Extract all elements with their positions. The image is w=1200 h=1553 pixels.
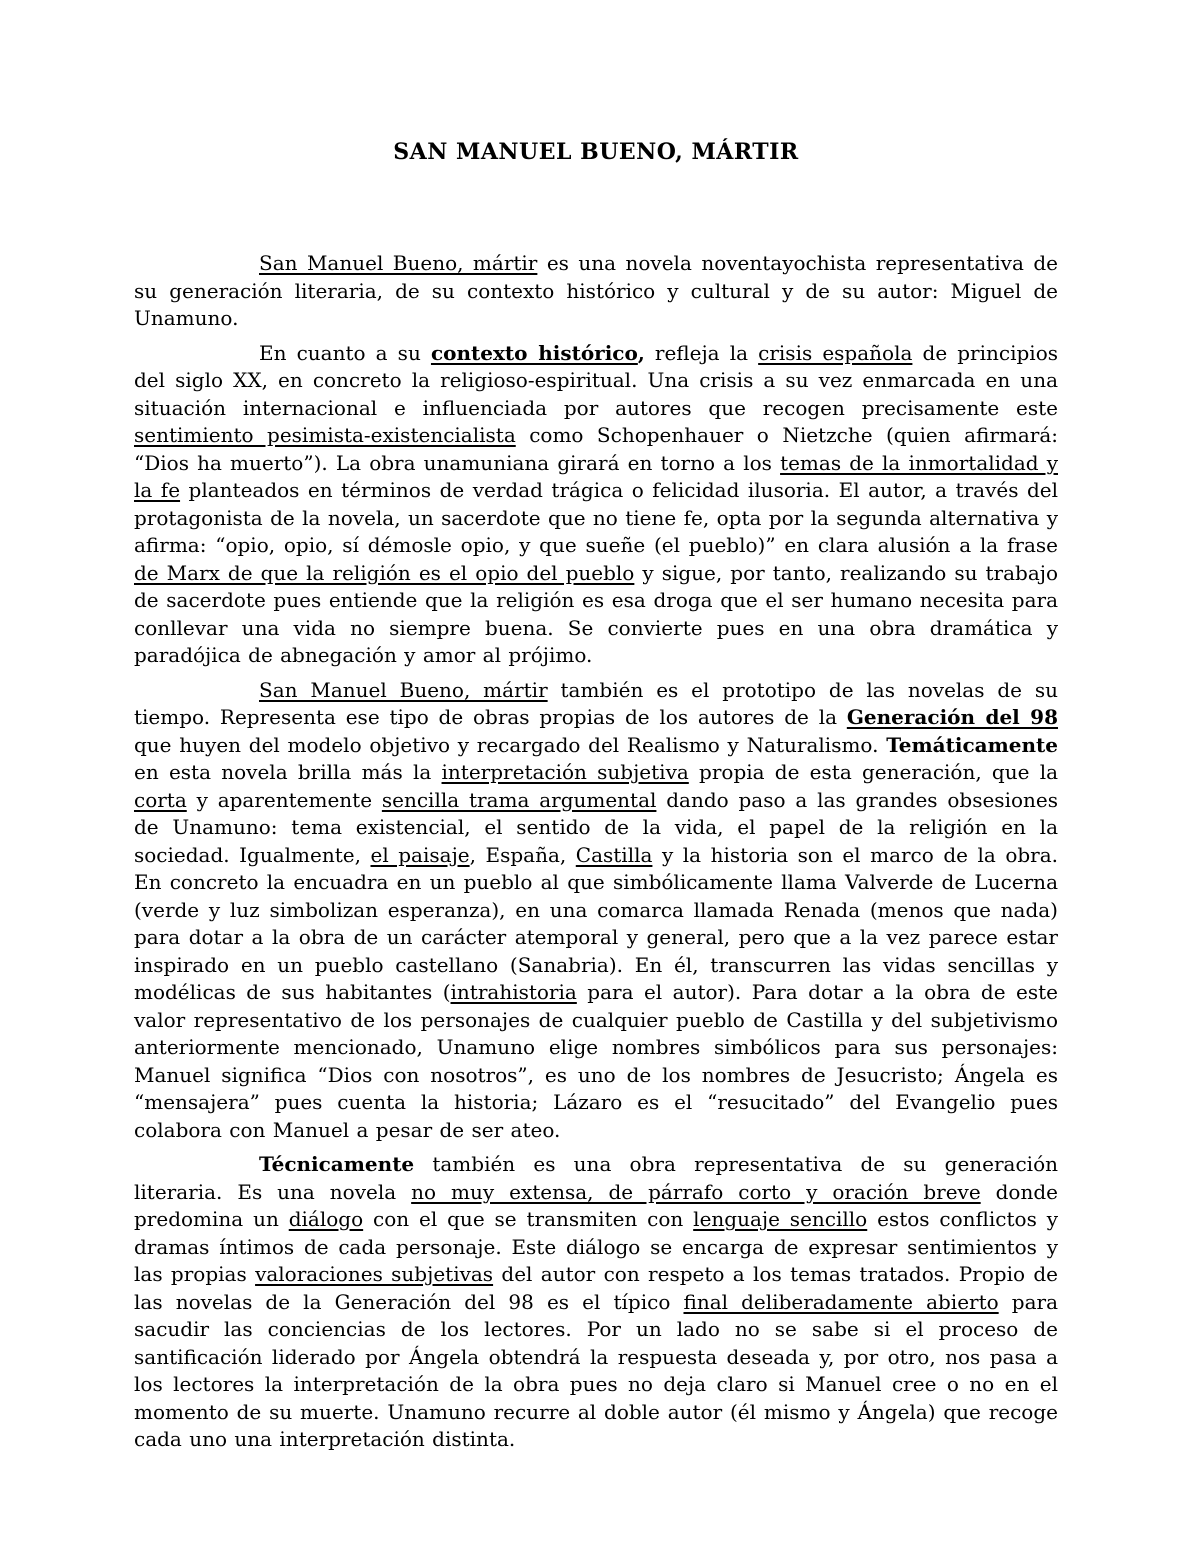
text-run: En cuanto a su [259,341,431,365]
text-run: Castilla [576,843,653,867]
text-run: en esta novela brilla más la [134,760,442,784]
text-run: intrahistoria [451,980,577,1004]
text-run: Temáticamente [886,733,1058,757]
text-run: sentimiento pesimista-existencialista [134,423,516,447]
paragraph: San Manuel Bueno, mártir también es el p… [134,677,1058,1145]
text-run: no muy extensa, de párrafo corto y oraci… [411,1180,981,1204]
document-body: San Manuel Bueno, mártir es una novela n… [134,250,1058,1454]
text-run: con el que se transmiten con [363,1207,693,1231]
text-run: de Marx de que la religión es el opio de… [134,561,634,585]
text-run: final deliberadamente abierto [683,1290,998,1314]
text-run: lenguaje sencillo [693,1207,867,1231]
text-run: propia de esta generación, que la [689,760,1058,784]
paragraph: Técnicamente también es una obra represe… [134,1151,1058,1454]
text-run: el paisaje [371,843,470,867]
paragraph: En cuanto a su contexto histórico, refle… [134,340,1058,670]
text-run: y aparentemente [187,788,382,812]
text-run: crisis española [758,341,912,365]
text-run: refleja la [645,341,758,365]
text-run: , [638,341,645,365]
text-run: diálogo [289,1207,363,1231]
text-run: para el autor). Para dotar a la obra de … [134,980,1058,1142]
text-run: Técnicamente [259,1152,414,1176]
text-run: contexto histórico [431,341,638,365]
text-run: Generación del 98 [847,705,1058,729]
text-run: que huyen del modelo objetivo y recargad… [134,733,886,757]
text-run: San Manuel Bueno, mártir [259,678,548,702]
text-run: San Manuel Bueno, mártir [259,251,537,275]
document-page: SAN MANUEL BUENO, MÁRTIR San Manuel Buen… [0,0,1200,1553]
text-run: valoraciones subjetivas [255,1262,493,1286]
text-run: interpretación subjetiva [442,760,689,784]
text-run: planteados en términos de verdad trágica… [134,478,1058,557]
text-run: sencilla trama argumental [382,788,657,812]
document-title: SAN MANUEL BUENO, MÁRTIR [134,138,1058,166]
paragraph: San Manuel Bueno, mártir es una novela n… [134,250,1058,333]
text-run: , España, [470,843,576,867]
text-run: corta [134,788,187,812]
